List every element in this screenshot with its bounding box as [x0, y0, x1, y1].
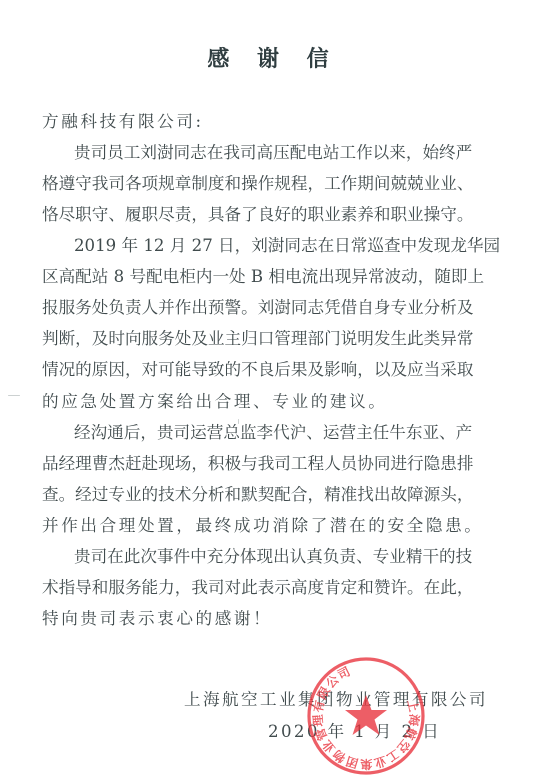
scan-speck [238, 419, 239, 424]
company-seal-stamp: 上海航空工业集团物业管理有限公司 [305, 655, 427, 777]
salutation: 方融科技有限公司: [42, 112, 462, 132]
body-line: 判断，及时向服务处及业主归口管理部门说明发生此类异常 [42, 329, 458, 349]
body-line: 品经理曹杰赶赴现场，积极与我司工程人员协同进行隐患排 [42, 454, 458, 474]
body-line: 2019 年 12 月 27 日，刘澍同志在日常巡查中发现龙华园 [74, 236, 458, 256]
body-line: 恪尽职守、履职尽责，具备了良好的职业素养和职业操守。 [42, 205, 458, 225]
body-line: 特向贵司表示衷心的感谢！ [42, 609, 462, 629]
body-line: 格遵守我司各项规章制度和操作规程，工作期间兢兢业业、 [42, 174, 458, 194]
body-line: 贵司员工刘澍同志在我司高压配电站工作以来，始终严 [74, 143, 458, 163]
body-line: 并作出合理处置，最终成功消除了潜在的安全隐患。 [42, 516, 462, 536]
body-line: 的应急处置方案给出合理、专业的建议。 [42, 392, 462, 412]
body-line: 情况的原因，对可能导致的不良后果及影响，以及应当采取 [42, 360, 458, 380]
body-line: 查。经过专业的技术分析和默契配合，精准找出故障源头， [42, 485, 458, 505]
body-line: 经沟通后，贵司运营总监李代沪、运营主任牛东亚、产 [74, 423, 458, 443]
body-line: 区高配站 8 号配电柜内一处 B 相电流出现异常波动，随即上 [42, 267, 458, 287]
body-line: 术指导和服务能力，我司对此表示高度肯定和赞许。在此， [42, 578, 458, 598]
letter-page: 感 谢 信 方融科技有限公司: 贵司员工刘澍同志在我司高压配电站工作以来，始终严… [0, 0, 538, 782]
scan-speck [8, 395, 20, 396]
body-line: 报服务处负责人并作出预警。刘澍同志凭借自身专业分析及 [42, 298, 458, 318]
star-icon [345, 695, 387, 735]
body-line: 贵司在此次事件中充分体现出认真负责、专业精干的技 [74, 547, 458, 567]
letter-title: 感 谢 信 [0, 42, 538, 73]
